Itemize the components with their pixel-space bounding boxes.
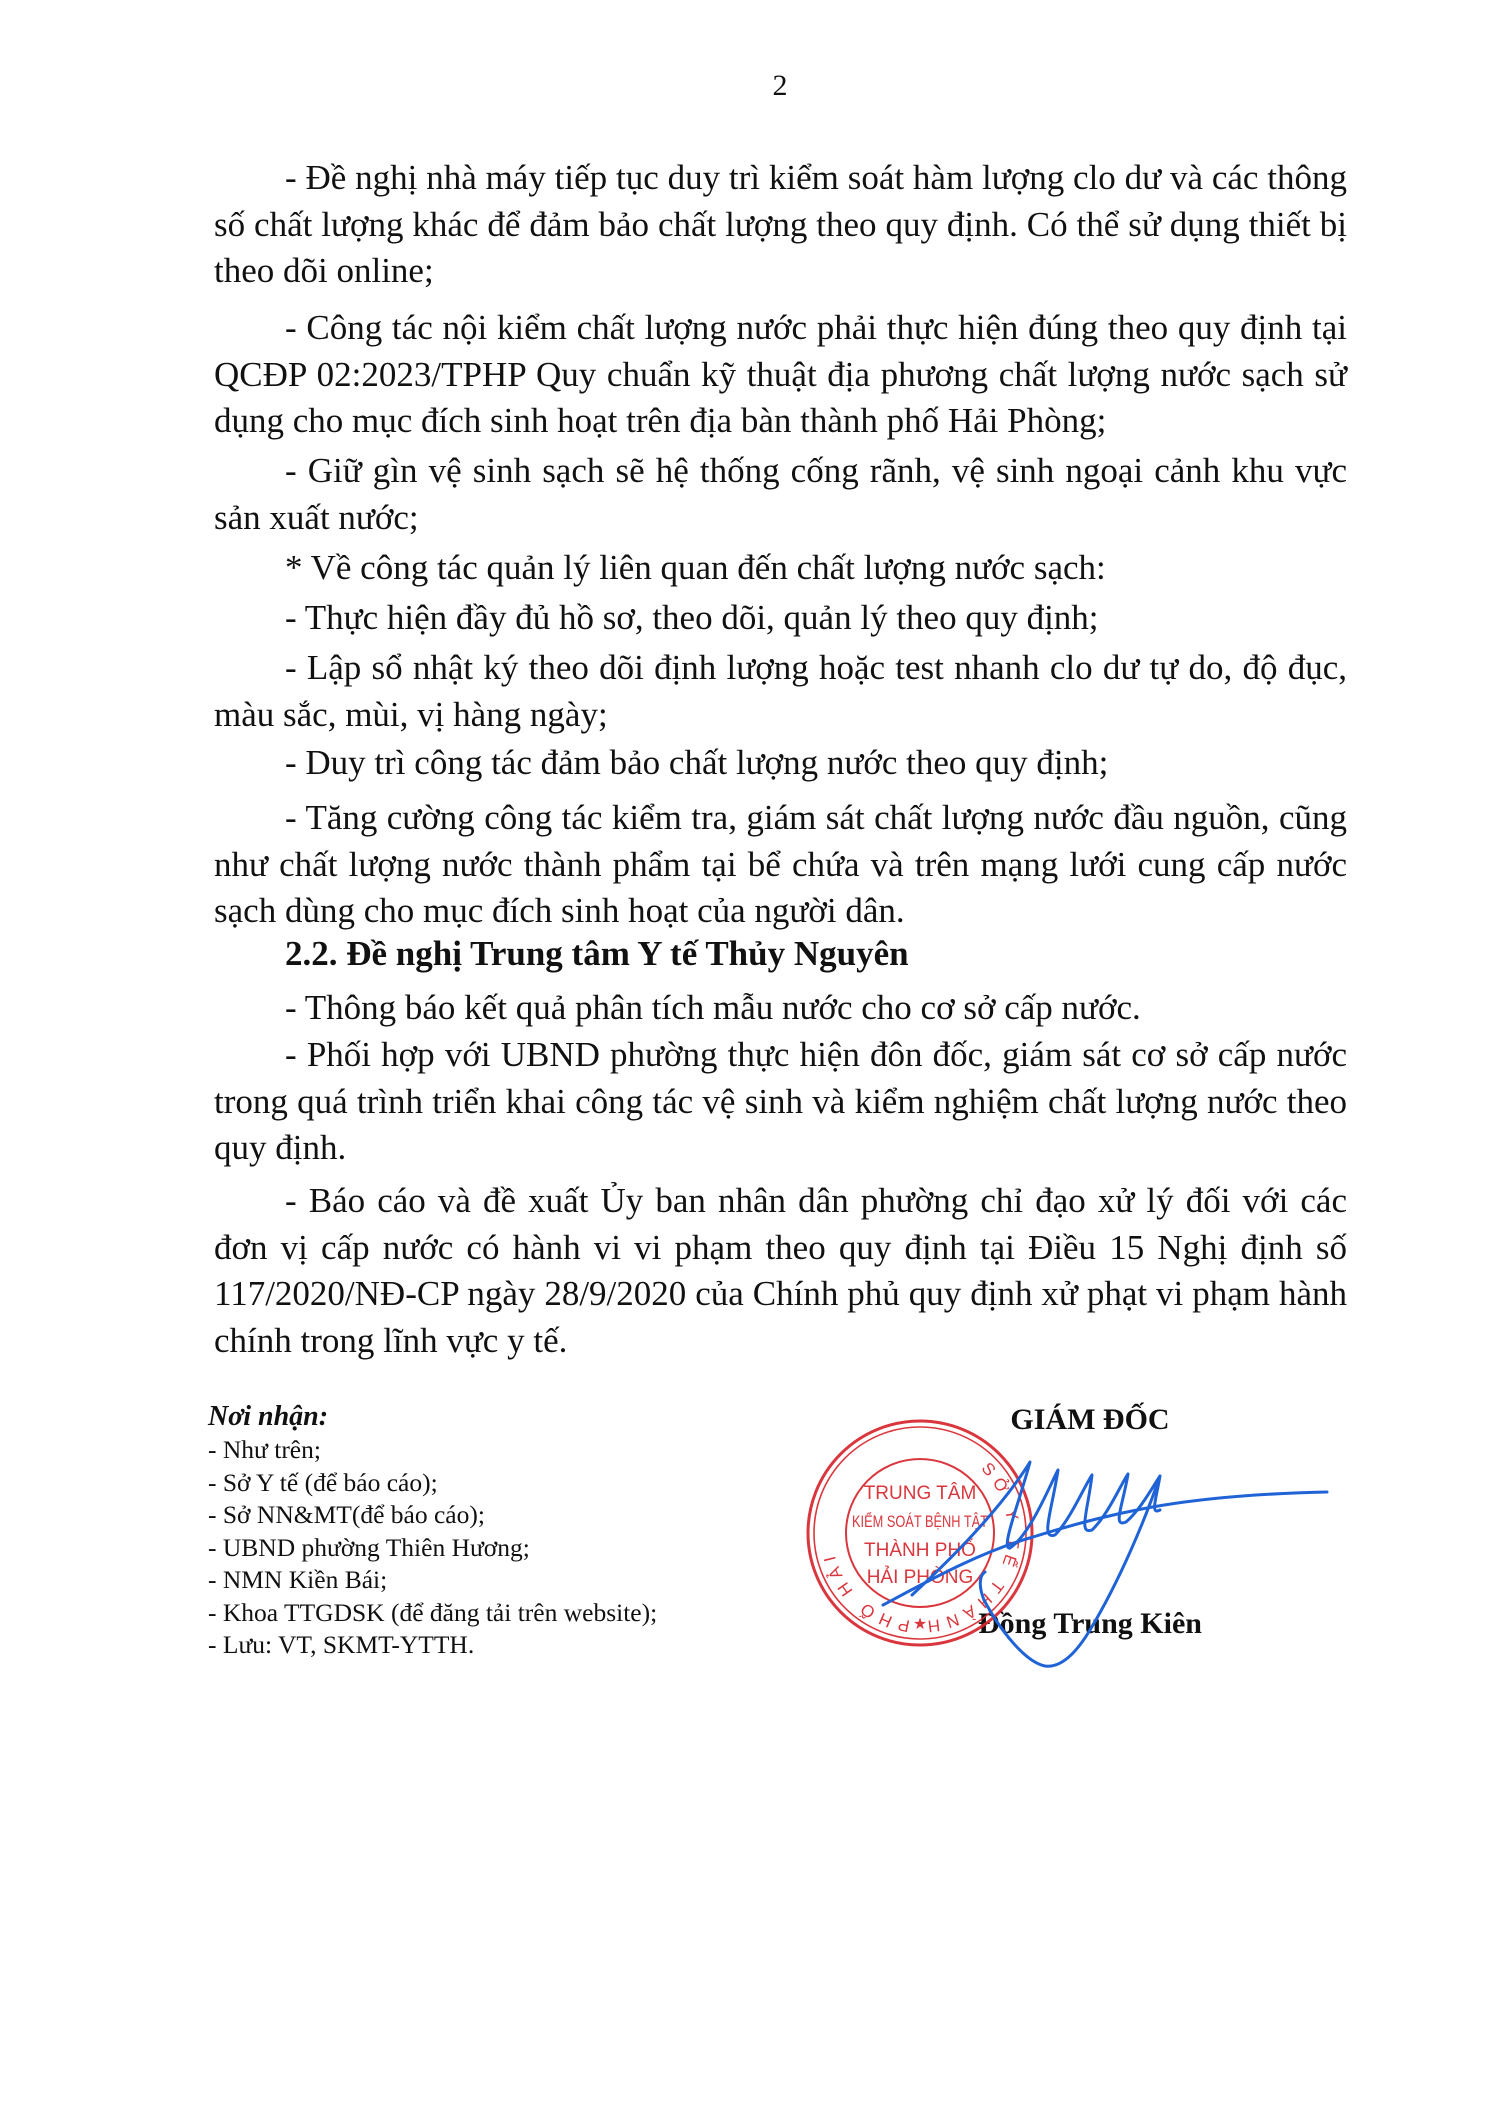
- recipient-item: - Sở Y tế (để báo cáo);: [208, 1467, 657, 1500]
- paragraph-maintain-quality: - Duy trì công tác đảm bảo chất lượng nư…: [214, 740, 1347, 787]
- paragraph-sanitation: - Giữ gìn vệ sinh sạch sẽ hệ thống cống …: [214, 448, 1347, 541]
- paragraph-management-heading: * Về công tác quản lý liên quan đến chất…: [214, 545, 1347, 592]
- paragraph-internal-inspection: - Công tác nội kiểm chất lượng nước phải…: [214, 305, 1347, 445]
- recipients-block: Nơi nhận: - Như trên; - Sở Y tế (để báo …: [208, 1400, 657, 1662]
- page-number: 2: [740, 68, 820, 104]
- paragraph-records: - Thực hiện đầy đủ hồ sơ, theo dõi, quản…: [214, 595, 1347, 642]
- recipient-item: - Sở NN&MT(để báo cáo);: [208, 1499, 657, 1532]
- paragraph-notify-results: - Thông báo kết quả phân tích mẫu nước c…: [214, 985, 1347, 1032]
- recipient-item: - Khoa TTGDSK (để đăng tải trên website)…: [208, 1597, 657, 1630]
- recipient-item: - Lưu: VT, SKMT-YTTH.: [208, 1629, 657, 1662]
- recipient-item: - NMN Kiền Bái;: [208, 1564, 657, 1597]
- paragraph-strengthen-inspection: - Tăng cường công tác kiểm tra, giám sát…: [214, 795, 1347, 935]
- paragraph-report-violations: - Báo cáo và đề xuất Ủy ban nhân dân phư…: [214, 1178, 1347, 1364]
- section-heading: 2.2. Đề nghị Trung tâm Y tế Thủy Nguyên: [214, 931, 1347, 978]
- recipient-item: - Như trên;: [208, 1434, 657, 1467]
- paragraph-coordinate-ubnd: - Phối hợp với UBND phường thực hiện đôn…: [214, 1032, 1347, 1172]
- recipients-title: Nơi nhận:: [208, 1400, 657, 1434]
- paragraph-maintain-chlorine: - Đề nghị nhà máy tiếp tục duy trì kiểm …: [214, 155, 1347, 295]
- handwritten-signature-icon: [860, 1440, 1360, 1690]
- recipient-item: - UBND phường Thiên Hương;: [208, 1532, 657, 1565]
- paragraph-daily-log: - Lập sổ nhật ký theo dõi định lượng hoặ…: [214, 645, 1347, 738]
